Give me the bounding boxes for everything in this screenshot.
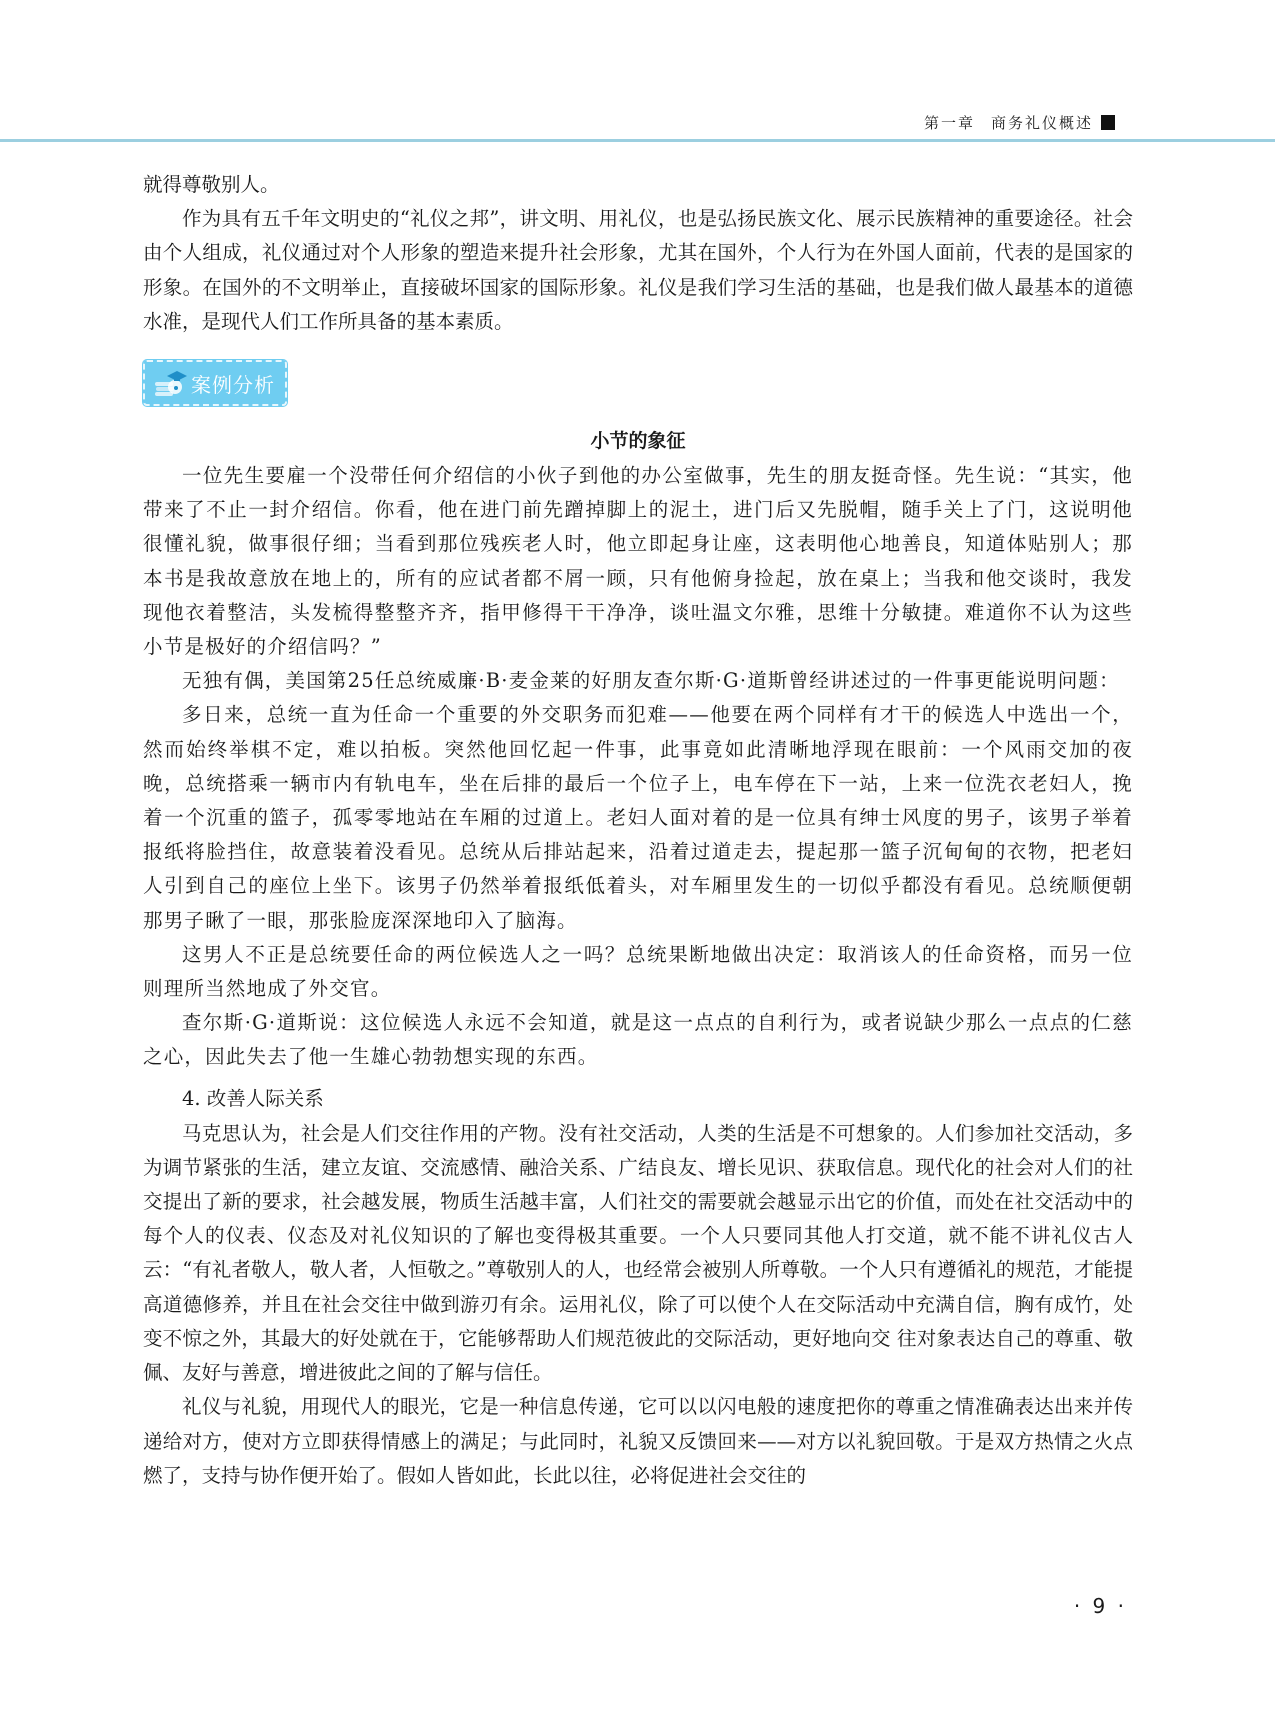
page-number: · 9 · [1074,1594,1127,1618]
header-rule [0,139,1275,142]
case-paragraph: 一位先生要雇一个没带任何介绍信的小伙子到他的办公室做事，先生的朋友挺奇怪。先生说… [143,459,1133,664]
case-analysis-badge: 案例分析 [143,360,287,406]
section-paragraph: 礼仪与礼貌，用现代人的眼光，它是一种信息传递，它可以以闪电般的速度把你的尊重之情… [143,1390,1133,1493]
running-header: 第一章 商务礼仪概述 [924,112,1115,133]
chapter-title: 商务礼仪概述 [991,112,1093,133]
black-square-icon [1101,115,1115,130]
case-paragraph: 多日来，总统一直为任命一个重要的外交职务而犯难——他要在两个同样有才干的候选人中… [143,698,1133,937]
case-story: 一位先生要雇一个没带任何介绍信的小伙子到他的办公室做事，先生的朋友挺奇怪。先生说… [143,459,1133,1075]
intro-line: 就得尊敬别人。 [143,168,1133,202]
case-paragraph: 这男人不正是总统要任命的两位候选人之一吗？总统果断地做出决定：取消该人的任命资格… [143,938,1133,1006]
case-analysis-badge-row: 案例分析 [143,347,1133,419]
case-paragraph: 无独有偶，美国第25任总统威廉·B·麦金莱的好朋友查尔斯·G·道斯曾经讲述过的一… [143,664,1133,698]
graduation-cap-books-icon [153,368,187,398]
section-heading: 4. 改善人际关系 [143,1081,1133,1117]
case-paragraph: 查尔斯·G·道斯说：这位候选人永远不会知道，就是这一点点的自利行为，或者说缺少那… [143,1006,1133,1074]
body-paragraph: 作为具有五千年文明史的“礼仪之邦”，讲文明、用礼仪，也是弘扬民族文化、展示民族精… [143,202,1133,339]
page-body: 就得尊敬别人。 作为具有五千年文明史的“礼仪之邦”，讲文明、用礼仪，也是弘扬民族… [143,168,1133,1493]
section-paragraph: 马克思认为，社会是人们交往作用的产物。没有社交活动，人类的生活是不可想象的。人们… [143,1117,1133,1391]
case-title: 小节的象征 [143,423,1133,459]
chapter-number: 第一章 [924,112,975,133]
case-analysis-label: 案例分析 [191,369,275,398]
